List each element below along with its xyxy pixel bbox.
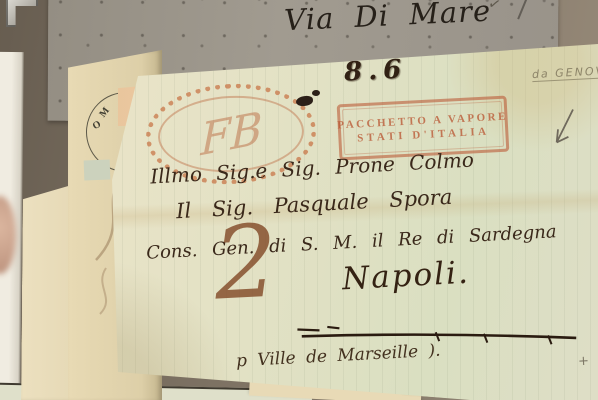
pencil-cross-mark: + [578,354,590,370]
pencil-origin-note: da GENOVA [532,64,598,82]
stamp-monogram: FB [200,102,263,166]
green-paper-sliver [84,160,111,181]
ink-blot [312,90,320,96]
postmark-letter: O [91,119,103,132]
photo-corner-bracket [6,0,38,27]
pencil-stroke [517,0,529,20]
photo-of-historic-letters: Via Di Mare ✓ M O 1030 la GENOVA FB [0,0,598,400]
manuscript-rate-numeral: 2 [212,216,280,309]
postmark-letter: M [97,105,111,119]
main-letter-sheet: FB 8.6 PACCHETTO A VAPORE STATI D'ITALIA… [96,40,598,400]
ink-blot [296,96,314,107]
boxed-stamp-inner-frame [342,101,504,155]
destination-city: Napoli. [341,255,471,298]
via-di-mare-inscription: Via Di Mare [284,0,492,37]
pencil-arrow-icon [543,103,586,155]
address-line-3: Cons. Gen. di S. M. il Re di Sardegna [146,221,557,263]
